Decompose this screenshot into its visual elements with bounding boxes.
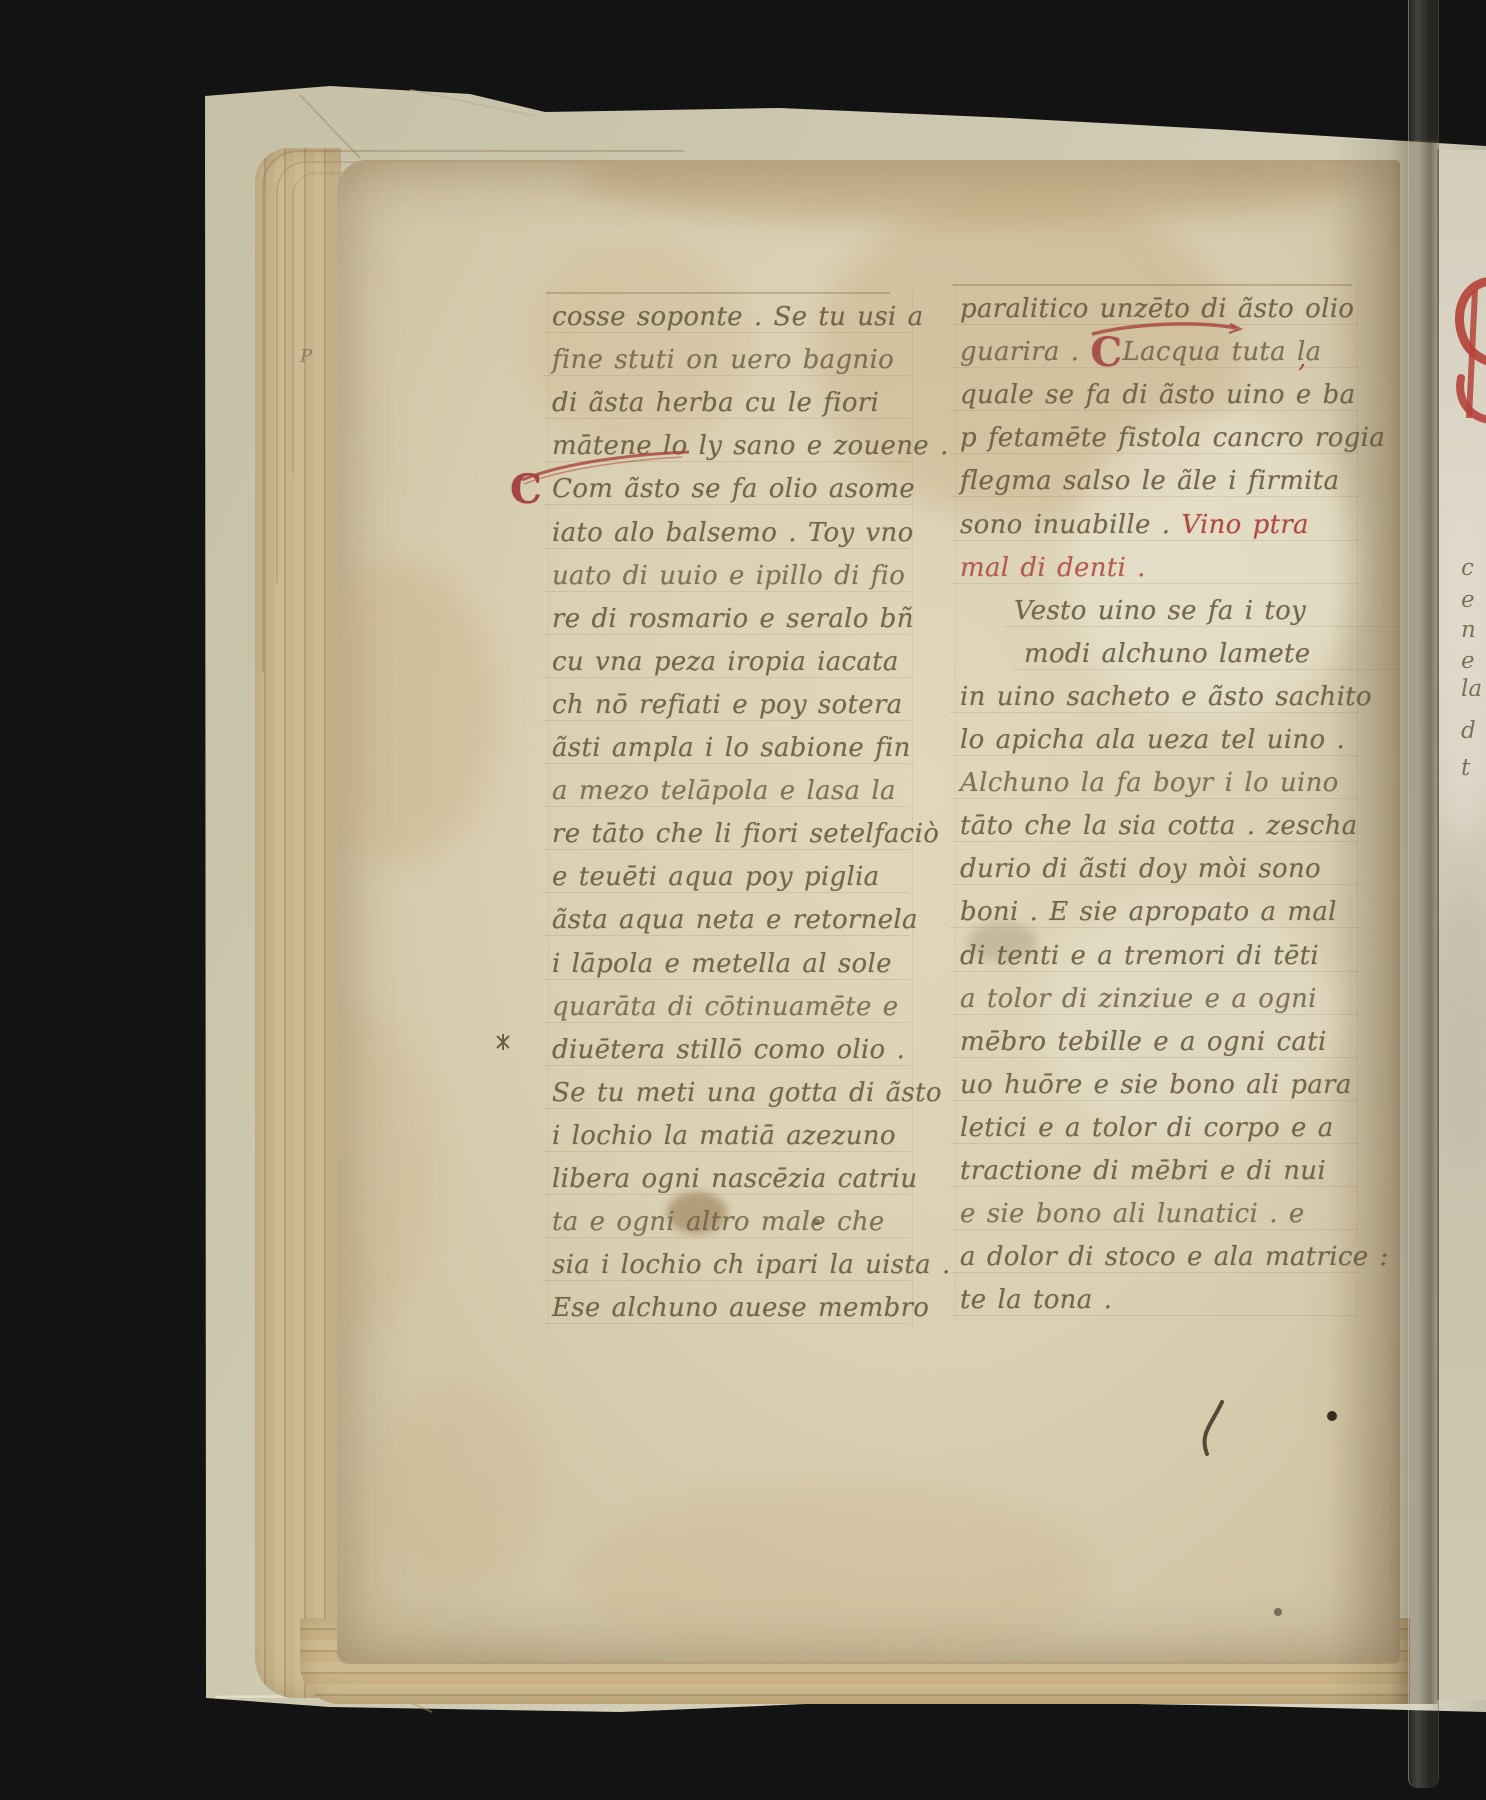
text-segment: mēbro tebille e a ogni cati (960, 1027, 1327, 1057)
manuscript-text-line: ch nō refiati e poy sotera (552, 685, 902, 725)
text-segment: letici e a tolor di corpo e a (960, 1113, 1334, 1143)
manuscript-text-line: cu vna peza iropia iacata (552, 642, 899, 682)
glass-weight-strip (1408, 0, 1439, 1788)
manuscript-text-line: uo huōre e sie bono ali para (960, 1065, 1352, 1105)
text-segment: iato alo balsemo . Toy vno (552, 518, 914, 548)
manuscript-text-line: lo apicha ala ueza tel uino . (960, 720, 1345, 760)
manuscript-text-line: flegma salso le ãle i firmita (960, 461, 1339, 501)
ruling-line (545, 292, 890, 294)
manuscript-text-line: sono inuabille . Vino ptra (960, 505, 1309, 545)
manuscript-text-line: fine stuti on uero bagnio (552, 340, 894, 380)
manuscript-text-line: i lochio la matiā azezuno (552, 1116, 896, 1156)
facing-text-fragment: la (1461, 676, 1482, 702)
text-segment: sia i lochio ch ipari la uista . (552, 1250, 951, 1280)
rubric-segment: C (1090, 329, 1122, 376)
text-segment: ch nō refiati e poy sotera (552, 690, 902, 720)
text-segment: a dolor di stoco e ala matrice : (960, 1242, 1389, 1272)
facing-text-fragment: t (1461, 755, 1470, 781)
text-segment: boni . E sie apropato a mal (960, 897, 1337, 927)
stain (577, 1482, 1097, 1664)
text-segment: cu vna peza iropia iacata (552, 647, 899, 677)
manuscript-text-line: te la tona . (960, 1280, 1112, 1320)
manuscript-text-line: di ãsta herba cu le fiori (552, 383, 879, 423)
stain (377, 1382, 547, 1582)
manuscript-text-line: quarāta di cōtinuamēte e (552, 987, 898, 1027)
manuscript-text-line: a mezo telāpola e lasa la (552, 771, 896, 811)
text-segment: mātene lo ly sano e zouene . (552, 431, 949, 461)
manuscript-text-line: durio di ãsti doy mòi sono (960, 849, 1321, 889)
manuscript-text-line: in uino sacheto e ãsto sachito (960, 677, 1372, 717)
text-segment: diuētera stillō como olio . (552, 1035, 905, 1065)
text-segment: flegma salso le ãle i firmita (960, 466, 1339, 496)
manuscript-text-line: Ese alchuno auese membro (552, 1288, 929, 1328)
manuscript-text-line: diuētera stillō como olio . (552, 1030, 905, 1070)
text-segment: uato di uuio e ipillo di fio (552, 561, 905, 591)
text-segment: p fetamēte fistola cancro rogia (960, 423, 1385, 453)
manuscript-text-line: iato alo balsemo . Toy vno (552, 513, 914, 553)
manuscript-text-line: Vesto uino se fa i toy (1014, 591, 1306, 631)
manuscript-text-line: quale se fa di ãsto uino e ba (960, 375, 1355, 415)
text-segment: i lāpola e metella al sole (552, 949, 892, 979)
manuscript-text-line: re tāto che li fiori setelfaciò (552, 814, 939, 854)
text-segment: di ãsta herba cu le fiori (552, 388, 879, 418)
manuscript-text-line: paralitico unzēto di ãsto olio (960, 289, 1354, 329)
manuscript-text-line: mātene lo ly sano e zouene . (552, 426, 949, 466)
text-segment: a tolor di zinziue e a ogni (960, 984, 1317, 1014)
text-segment: fine stuti on uero bagnio (552, 345, 894, 375)
manuscript-text-line: Alchuno la fa boyr i lo uino (960, 763, 1339, 803)
ruling-line (955, 282, 956, 1322)
manuscript-text-line: di tenti e a tremori di tēti (960, 936, 1319, 976)
manuscript-text-line: ãsta aqua neta e retornela (552, 900, 918, 940)
text-segment: e teuēti aqua poy piglia (552, 862, 880, 892)
manuscript-text-line: ãsti ampla i lo sabione fin (552, 728, 911, 768)
manuscript-text-line: p fetamēte fistola cancro rogia (960, 418, 1385, 458)
text-segment: uo huōre e sie bono ali para (960, 1070, 1352, 1100)
text-segment: guarira . (960, 337, 1090, 367)
stain (337, 1012, 437, 1332)
ruling-line (952, 284, 1352, 286)
manuscript-text-line: uato di uuio e ipillo di fio (552, 556, 905, 596)
stain (337, 562, 497, 862)
manuscript-text-line: e teuēti aqua poy piglia (552, 857, 880, 897)
text-segment: ãsta aqua neta e retornela (552, 905, 918, 935)
text-segment: ãsti ampla i lo sabione fin (552, 733, 911, 763)
stain (1437, 890, 1486, 1170)
facing-text-fragment: c (1461, 555, 1474, 581)
manuscript-text-line: re di rosmario e seralo bñ (552, 599, 914, 639)
manuscript-text-line: letici e a tolor di corpo e a (960, 1108, 1334, 1148)
text-segment: cosse soponte . Se tu usi a (552, 302, 923, 332)
text-segment: re tāto che li fiori setelfaciò (552, 819, 939, 849)
manuscript-text-line: mal di denti . (960, 548, 1146, 588)
ruling-line (548, 290, 549, 1330)
manuscript-text-line: sia i lochio ch ipari la uista . (552, 1245, 951, 1285)
text-segment: te la tona . (960, 1285, 1112, 1315)
text-segment: sono inuabille . (960, 510, 1181, 540)
facing-text-fragment: e (1461, 587, 1475, 613)
manuscript-text-line: e sie bono ali lunatici . e (960, 1194, 1305, 1234)
text-segment: Alchuno la fa boyr i lo uino (960, 768, 1339, 798)
text-segment: re di rosmario e seralo bñ (552, 604, 914, 634)
text-segment: modi alchuno lamete (1024, 639, 1310, 669)
text-segment: ta e ogni altro male che (552, 1207, 885, 1237)
manuscript-text-line: a tolor di zinziue e a ogni (960, 979, 1317, 1019)
manuscript-text-line: i lāpola e metella al sole (552, 944, 892, 984)
text-segment: di tenti e a tremori di tēti (960, 941, 1319, 971)
manuscript-text-line: mēbro tebille e a ogni cati (960, 1022, 1327, 1062)
text-segment: durio di ãsti doy mòi sono (960, 854, 1321, 884)
text-segment: in uino sacheto e ãsto sachito (960, 682, 1372, 712)
text-segment: tāto che la sia cotta . zescha (960, 811, 1357, 841)
manuscript-text-line: CCom ãsto se fa olio asome (552, 469, 915, 509)
facing-text-fragment: n (1461, 617, 1476, 643)
manuscript-text-line: boni . E sie apropato a mal (960, 892, 1337, 932)
rubric-segment: mal di denti . (960, 553, 1146, 583)
text-segment: Ese alchuno auese membro (552, 1293, 929, 1323)
facing-text-fragment: e (1461, 648, 1475, 674)
manuscript-text-line: ta e ogni altro male che (552, 1202, 885, 1242)
red-comma-mark: , (1298, 344, 1306, 374)
manuscript-text-line: libera ogni nascēzia catriu (552, 1159, 917, 1199)
text-segment: Com ãsto se fa olio asome (552, 474, 915, 504)
margin-pen-mark: P (300, 346, 312, 367)
manuscript-text-line: cosse soponte . Se tu usi a (552, 297, 923, 337)
text-segment: Se tu meti una gotta di ãsto (552, 1078, 942, 1108)
text-segment: i lochio la matiā azezuno (552, 1121, 896, 1151)
text-segment: lo apicha ala ueza tel uino . (960, 725, 1345, 755)
text-segment: tractione di mēbri e di nui (960, 1156, 1326, 1186)
manuscript-text-line: modi alchuno lamete (1024, 634, 1310, 674)
text-segment: Lacqua tuta la (1123, 337, 1322, 367)
manuscript-text-line: tāto che la sia cotta . zescha (960, 806, 1357, 846)
text-segment: quarāta di cōtinuamēte e (552, 992, 898, 1022)
manuscript-text-line: a dolor di stoco e ala matrice : (960, 1237, 1389, 1277)
text-segment: Vesto uino se fa i toy (1014, 596, 1306, 626)
rubric-segment: C (510, 466, 542, 513)
text-segment: quale se fa di ãsto uino e ba (960, 380, 1355, 410)
text-segment: a mezo telāpola e lasa la (552, 776, 896, 806)
manuscript-page: cosse soponte . Se tu usi afine stuti on… (337, 160, 1400, 1664)
manuscript-text-line: Se tu meti una gotta di ãsto (552, 1073, 942, 1113)
text-segment: e sie bono ali lunatici . e (960, 1199, 1305, 1229)
rubric-segment: Vino ptra (1181, 510, 1309, 540)
manuscript-text-line: tractione di mēbri e di nui (960, 1151, 1326, 1191)
facing-text-fragment: d (1461, 718, 1476, 744)
facing-red-initial (1445, 270, 1486, 430)
text-segment: libera ogni nascēzia catriu (552, 1164, 917, 1194)
manuscript-text-line: guarira . CLacqua tuta la (960, 332, 1321, 372)
manuscript-photograph: P cosse soponte . Se tu usi afine stuti … (0, 0, 1486, 1800)
text-segment: paralitico unzēto di ãsto olio (960, 294, 1354, 324)
facing-page-sliver: ceneladt (1437, 150, 1486, 1700)
